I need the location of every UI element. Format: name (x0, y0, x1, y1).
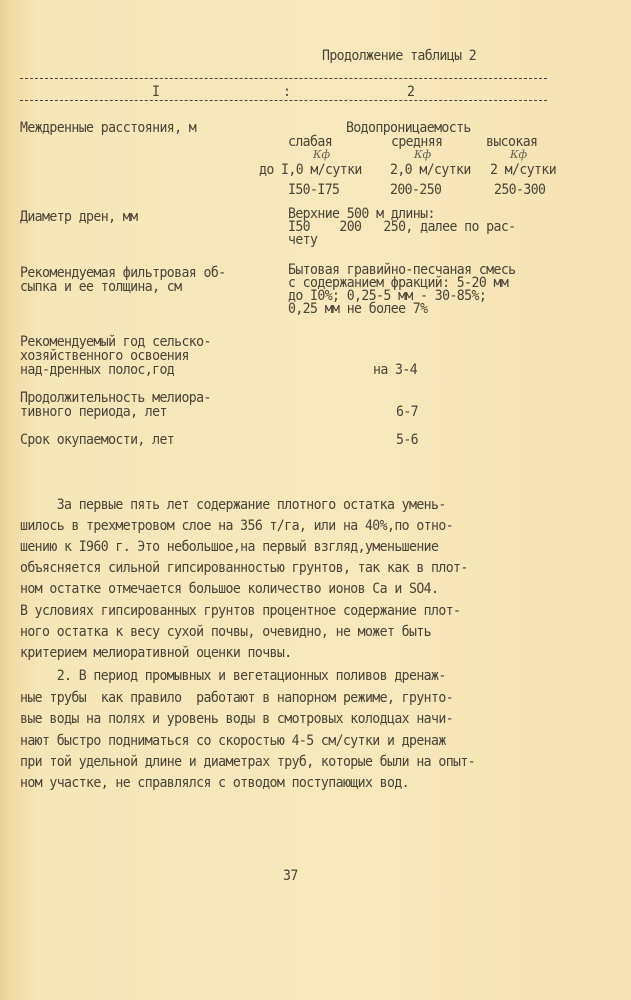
body-text-line: ного остатка к весу сухой почвы, очевидн… (20, 624, 431, 642)
body-text-line: ные трубы как правило работают в напорно… (20, 690, 453, 708)
body-text-line: шению к I960 г. Это небольшое,на первый … (20, 539, 438, 557)
body-text-line: критерием мелиоративной оценки почвы. (20, 645, 292, 663)
row-value-line: 0,25 мм не более 7% (288, 304, 427, 317)
handwritten-kf-mark: Кф (313, 148, 330, 161)
row-label: над-дренных полос,год (20, 364, 174, 379)
row-label: сыпка и ее толщина, см (20, 279, 181, 297)
row-value: 5-6 (396, 434, 418, 449)
page-number: 37 (283, 868, 298, 886)
body-text-line: при той удельной длине и диаметрах труб,… (20, 754, 475, 772)
condition-medium: 2,0 м/сутки (390, 162, 471, 180)
row-value-line: чету (288, 235, 317, 248)
body-text-line: 2. В период промывных и вегетационных по… (20, 668, 446, 686)
table-continuation-caption: Продолжение таблицы 2 (322, 48, 476, 66)
body-text-line: нают быстро подниматься со скоростью 4-5… (20, 733, 446, 751)
condition-weak: до I,0 м/сутки (259, 162, 362, 180)
body-text-line: За первые пять лет содержание плотного о… (20, 497, 446, 515)
range-high: 250-300 (494, 182, 545, 200)
condition-high: 2 м/сутки (490, 162, 556, 180)
body-text-line: В условиях гипсированных грунтов процент… (20, 603, 460, 621)
table-header-rule (20, 100, 547, 101)
table-top-rule (20, 78, 547, 79)
row-value-line: I50 200 250, далее по рас- (288, 222, 516, 235)
range-medium: 200-250 (390, 182, 441, 200)
range-weak: I50-I75 (288, 182, 339, 200)
handwritten-kf-mark: Кф (414, 148, 431, 161)
row-label: Диаметр дрен, мм (20, 209, 137, 227)
row-label: Междренные расстояния, м (20, 120, 196, 138)
body-text-line: вые воды на полях и уровень воды в смотр… (20, 711, 453, 729)
body-text-line: ном участке, не справлялся с отводом пос… (20, 775, 409, 793)
body-text-line: ном остатке отмечается большое количеств… (20, 581, 438, 599)
row-value: на 3-4 (373, 364, 417, 379)
body-text-line: шилось в трехметровом слое на 356 т/га, … (20, 518, 453, 536)
row-label: Срок окупаемости, лет (20, 434, 174, 449)
row-value: 6-7 (396, 406, 418, 421)
handwritten-kf-mark: Кф (510, 148, 527, 161)
document-page: Продолжение таблицы 2 I : 2 Междренные р… (0, 0, 631, 1000)
row-label: тивного периода, лет (20, 406, 167, 421)
body-text-line: объясняется сильной гипсированностью гру… (20, 560, 468, 578)
